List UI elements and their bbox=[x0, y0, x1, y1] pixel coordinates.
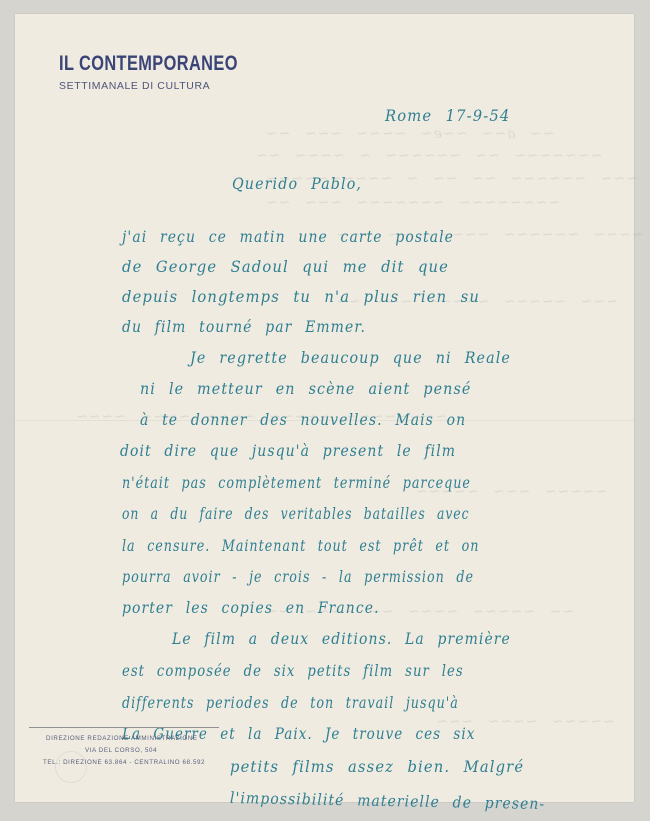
letter-line: differents periodes de ton travail jusqu… bbox=[122, 694, 459, 712]
bleed-through-text: ~~~~~~~ ~~ ~~~~~~ ~ ~~~~ ~~ bbox=[255, 148, 602, 164]
letter-line: Je regrette beaucoup que ni Reale bbox=[190, 349, 511, 367]
footer-departments: DIREZIONE REDAZIONE AMMINISTRAZIONE bbox=[46, 735, 198, 742]
letter-line: j'ai reçu ce matin une carte postale bbox=[122, 228, 454, 246]
letter-line: depuis longtemps tu n'a plus rien su bbox=[122, 288, 480, 306]
letter-line: ni le metteur en scène aient pensé bbox=[140, 380, 471, 398]
letter-line: doit dire que jusqu'à present le film bbox=[120, 442, 456, 460]
letter-line: est composée de six petits film sur les bbox=[122, 662, 464, 680]
letter-line: pourra avoir - je crois - la permission … bbox=[122, 568, 474, 586]
letterhead-subtitle: SETTIMANALE DI CULTURA bbox=[59, 80, 210, 92]
bleed-through-text: ~~~~~~~~ ~~~~~~~ ~~~ ~~ bbox=[265, 195, 560, 211]
place-date: Rome 17-9-54 bbox=[385, 107, 510, 125]
letterhead-title: IL CONTEMPORANEO bbox=[59, 52, 238, 76]
letter-line: la censure. Maintenant tout est prêt et … bbox=[122, 537, 479, 555]
letter-line: porter les copies en France. bbox=[122, 599, 380, 617]
letter-line: petits films assez bien. Malgré bbox=[230, 758, 524, 776]
letter-line: on a du faire des veritables batailles a… bbox=[122, 505, 470, 523]
letter-line: n'était pas complètement terminé parcequ… bbox=[122, 474, 471, 492]
faint-stamp-mark bbox=[55, 751, 87, 783]
footer-telephone: TEL.: DIREZIONE 63.864 - CENTRALINO 68.5… bbox=[43, 759, 205, 766]
letter-line: à te donner des nouvelles. Mais on bbox=[140, 411, 466, 429]
bleed-through-text: ~~ a~~ ~~e~ ~~~~ ~~~ ~~ bbox=[265, 126, 555, 142]
letter-line: l'impossibilité materielle de presen- bbox=[230, 789, 546, 813]
footer-divider bbox=[29, 727, 219, 728]
salutation: Querido Pablo, bbox=[232, 175, 362, 193]
letter-line: du film tourné par Emmer. bbox=[122, 318, 366, 336]
footer-address: VIA DEL CORSO, 504 bbox=[85, 747, 157, 754]
letter-sheet: ~~ a~~ ~~e~ ~~~~ ~~~ ~~ ~~~~~~~ ~~ ~~~~~… bbox=[15, 14, 634, 802]
letter-line: Le film a deux editions. La première bbox=[172, 630, 511, 648]
letter-line: de George Sadoul qui me dit que bbox=[122, 258, 449, 276]
